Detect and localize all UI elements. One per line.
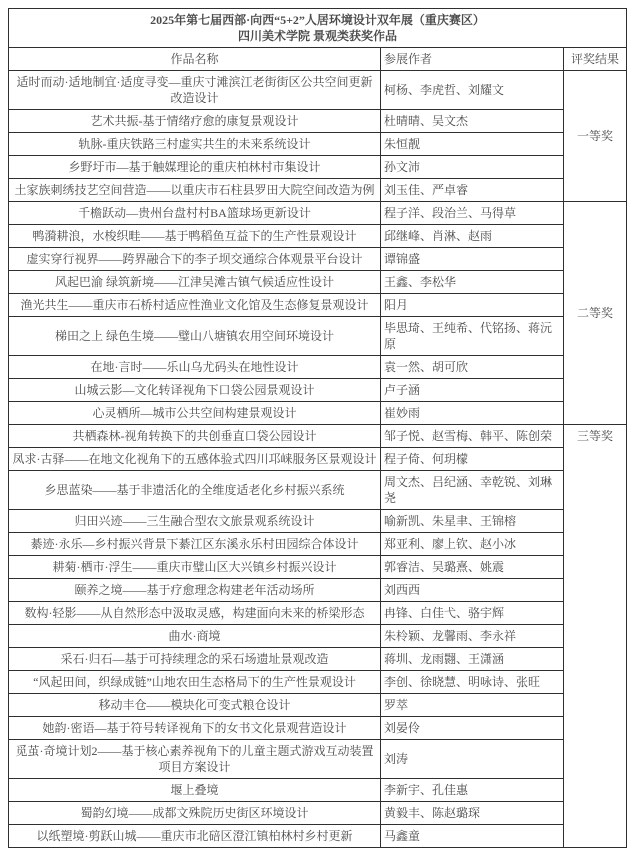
award-cell: 三等奖: [564, 425, 627, 848]
table-row: 綦迹·永乐—乡村振兴背景下綦江区东溪永乐村田园综合体设计郑亚利、廖上钦、赵小冰: [9, 533, 627, 556]
table-row: 轨脉-重庆铁路三村虚实共生的未来系统设计朱恒靓: [9, 133, 627, 156]
awards-table-body: 适时而动·适地制宜·适度寻变—重庆寸滩滨江老街街区公共空间更新改造设计柯杨、李虎…: [9, 71, 627, 848]
work-title-cell: 觅茧·奇境计划2——基于核心素养视角下的儿童主题式游戏互动装置项目方案设计: [9, 740, 381, 779]
table-row: 数构·轻影——从自然形态中汲取灵感，构建面向未来的桥梁形态冉锋、白佳弋、骆宇辉: [9, 602, 627, 625]
authors-cell: 刘涛: [381, 740, 564, 779]
work-title-cell: 山城云影—文化转译视角下口袋公园景观设计: [9, 379, 381, 402]
work-title-cell: 适时而动·适地制宜·适度寻变—重庆寸滩滨江老街街区公共空间更新改造设计: [9, 71, 381, 110]
work-title-cell: 轨脉-重庆铁路三村虚实共生的未来系统设计: [9, 133, 381, 156]
table-row: 艺术共振-基于情绪疗愈的康复景观设计杜晴晴、吴文杰: [9, 110, 627, 133]
work-title-cell: 共栖森林-视角转换下的共创垂直口袋公园设计: [9, 425, 381, 448]
authors-cell: 冉锋、白佳弋、骆宇辉: [381, 602, 564, 625]
authors-cell: 程子洋、段治兰、马得草: [381, 202, 564, 225]
authors-cell: 刘晏伶: [381, 717, 564, 740]
authors-cell: 谭锦盛: [381, 248, 564, 271]
authors-cell: 毕思琦、王纯希、代铭扬、蒋沅原: [381, 317, 564, 356]
table-row: 在地·言时——乐山乌尤码头在地性设计袁一然、胡可欣: [9, 356, 627, 379]
table-row: 归田兴迹——三生融合型农文旅景观系统设计喻新凯、朱星聿、王锦榕: [9, 510, 627, 533]
work-title-cell: 颐养之境——基于疗愈理念构建老年活动场所: [9, 579, 381, 602]
column-header-work: 作品名称: [9, 48, 381, 71]
header-row: 作品名称 参展作者 评奖结果: [9, 48, 627, 71]
work-title-cell: 土家族刺绣技艺空间营造——以重庆市石柱县罗田大院空间改造为例: [9, 179, 381, 202]
work-title-cell: 凤求·古驿——在地文化视角下的五感体验式四川邛崃服务区景观设计: [9, 448, 381, 471]
table-row: 梯田之上 绿色生境——璧山八塘镇农用空间环境设计毕思琦、王纯希、代铭扬、蒋沅原: [9, 317, 627, 356]
authors-cell: 刘玉佳、严卓睿: [381, 179, 564, 202]
authors-cell: 邹子悦、赵雪梅、韩平、陈创荣: [381, 425, 564, 448]
column-header-authors: 参展作者: [381, 48, 564, 71]
work-title-cell: 渔光共生——重庆市石桥村适应性渔业文化馆及生态修复景观设计: [9, 294, 381, 317]
work-title-cell: 虚实穿行视界——跨界融合下的李子坝交通综合体观景平台设计: [9, 248, 381, 271]
table-row: “风起田间，织绿成链”山地农田生态格局下的生产性景观设计李创、徐晓慧、明咏诗、张…: [9, 671, 627, 694]
work-title-cell: 数构·轻影——从自然形态中汲取灵感，构建面向未来的桥梁形态: [9, 602, 381, 625]
work-title-cell: 心灵栖所—城市公共空间构建景观设计: [9, 402, 381, 425]
table-row: 虚实穿行视界——跨界融合下的李子坝交通综合体观景平台设计谭锦盛: [9, 248, 627, 271]
table-row: 耕菊·栖市·浮生——重庆市璧山区大兴镇乡村振兴设计郭睿洁、吴璐熹、姚震: [9, 556, 627, 579]
authors-cell: 周文杰、吕纪涵、幸乾锐、刘琳尧: [381, 471, 564, 510]
table-row: 山城云影—文化转译视角下口袋公园景观设计卢子涵: [9, 379, 627, 402]
authors-cell: 李新宇、孔佳惠: [381, 779, 564, 802]
authors-cell: 孙文沛: [381, 156, 564, 179]
table-row: 共栖森林-视角转换下的共创垂直口袋公园设计邹子悦、赵雪梅、韩平、陈创荣三等奖: [9, 425, 627, 448]
authors-cell: 程子倚、何玥檬: [381, 448, 564, 471]
title-line-2: 四川美术学院 景观类获奖作品: [12, 28, 623, 44]
authors-cell: 朱恒靓: [381, 133, 564, 156]
column-header-award: 评奖结果: [564, 48, 627, 71]
work-title-cell: 风起巴渝 绿筑新境——江津吴滩古镇气候适应性设计: [9, 271, 381, 294]
work-title-cell: 归田兴迹——三生融合型农文旅景观系统设计: [9, 510, 381, 533]
table-row: 鸭漪耕浪，水梭织畦——基于鸭稻鱼互益下的生产性景观设计邱继峰、肖淋、赵雨: [9, 225, 627, 248]
work-title-cell: 乡野圩市—基于触媒理论的重庆柏林村市集设计: [9, 156, 381, 179]
work-title-cell: 艺术共振-基于情绪疗愈的康复景观设计: [9, 110, 381, 133]
table-row: 心灵栖所—城市公共空间构建景观设计崔妙雨: [9, 402, 627, 425]
authors-cell: 刘西西: [381, 579, 564, 602]
authors-cell: 阳月: [381, 294, 564, 317]
authors-cell: 蒋圳、龙雨翾、王潇涵: [381, 648, 564, 671]
table-row: 土家族刺绣技艺空间营造——以重庆市石柱县罗田大院空间改造为例刘玉佳、严卓睿: [9, 179, 627, 202]
table-row: 曲水·商境朱柃颖、龙馨雨、李永祥: [9, 625, 627, 648]
table-row: 觅茧·奇境计划2——基于核心素养视角下的儿童主题式游戏互动装置项目方案设计刘涛: [9, 740, 627, 779]
award-cell: 一等奖: [564, 71, 627, 202]
work-title-cell: 采石·归石—基于可持续理念的采石场遗址景观改造: [9, 648, 381, 671]
work-title-cell: 千檐跃动—贵州台盘村村BA篮球场更新设计: [9, 202, 381, 225]
authors-cell: 王鑫、李松华: [381, 271, 564, 294]
work-title-cell: 綦迹·永乐—乡村振兴背景下綦江区东溪永乐村田园综合体设计: [9, 533, 381, 556]
authors-cell: 郑亚利、廖上钦、赵小冰: [381, 533, 564, 556]
work-title-cell: 堰上叠境: [9, 779, 381, 802]
table-row: 风起巴渝 绿筑新境——江津吴滩古镇气候适应性设计王鑫、李松华: [9, 271, 627, 294]
work-title-cell: 梯田之上 绿色生境——璧山八塘镇农用空间环境设计: [9, 317, 381, 356]
awards-table: 2025年第七届西部·向西“5+2”人居环境设计双年展（重庆赛区） 四川美术学院…: [8, 8, 627, 848]
table-row: 渔光共生——重庆市石桥村适应性渔业文化馆及生态修复景观设计阳月: [9, 294, 627, 317]
authors-cell: 罗萃: [381, 694, 564, 717]
table-row: 凤求·古驿——在地文化视角下的五感体验式四川邛崃服务区景观设计程子倚、何玥檬: [9, 448, 627, 471]
table-row: 千檐跃动—贵州台盘村村BA篮球场更新设计程子洋、段治兰、马得草二等奖: [9, 202, 627, 225]
work-title-cell: 以纸塑境·剪跃山城——重庆市北碚区澄江镇柏林村乡村更新: [9, 825, 381, 848]
table-row: 移动丰仓——模块化可变式粮仓设计罗萃: [9, 694, 627, 717]
authors-cell: 崔妙雨: [381, 402, 564, 425]
authors-cell: 黄毅丰、陈赵璐琛: [381, 802, 564, 825]
work-title-cell: 她韵·密语—基于符号转译视角下的女书文化景观营造设计: [9, 717, 381, 740]
work-title-cell: 蜀韵幻境——成都文殊院历史街区环境设计: [9, 802, 381, 825]
authors-cell: 朱柃颖、龙馨雨、李永祥: [381, 625, 564, 648]
work-title-cell: 耕菊·栖市·浮生——重庆市璧山区大兴镇乡村振兴设计: [9, 556, 381, 579]
authors-cell: 邱继峰、肖淋、赵雨: [381, 225, 564, 248]
title-line-1: 2025年第七届西部·向西“5+2”人居环境设计双年展（重庆赛区）: [12, 12, 623, 28]
document-title: 2025年第七届西部·向西“5+2”人居环境设计双年展（重庆赛区） 四川美术学院…: [9, 9, 627, 48]
work-title-cell: 移动丰仓——模块化可变式粮仓设计: [9, 694, 381, 717]
table-row: 颐养之境——基于疗愈理念构建老年活动场所刘西西: [9, 579, 627, 602]
table-row: 堰上叠境李新宇、孔佳惠: [9, 779, 627, 802]
authors-cell: 喻新凯、朱星聿、王锦榕: [381, 510, 564, 533]
table-row: 适时而动·适地制宜·适度寻变—重庆寸滩滨江老街街区公共空间更新改造设计柯杨、李虎…: [9, 71, 627, 110]
authors-cell: 马鑫童: [381, 825, 564, 848]
document-page: 2025年第七届西部·向西“5+2”人居环境设计双年展（重庆赛区） 四川美术学院…: [0, 0, 634, 835]
work-title-cell: “风起田间，织绿成链”山地农田生态格局下的生产性景观设计: [9, 671, 381, 694]
work-title-cell: 曲水·商境: [9, 625, 381, 648]
authors-cell: 杜晴晴、吴文杰: [381, 110, 564, 133]
authors-cell: 袁一然、胡可欣: [381, 356, 564, 379]
table-row: 蜀韵幻境——成都文殊院历史街区环境设计黄毅丰、陈赵璐琛: [9, 802, 627, 825]
table-row: 以纸塑境·剪跃山城——重庆市北碚区澄江镇柏林村乡村更新马鑫童: [9, 825, 627, 848]
work-title-cell: 在地·言时——乐山乌尤码头在地性设计: [9, 356, 381, 379]
authors-cell: 郭睿洁、吴璐熹、姚震: [381, 556, 564, 579]
authors-cell: 柯杨、李虎哲、刘耀文: [381, 71, 564, 110]
authors-cell: 卢子涵: [381, 379, 564, 402]
table-row: 采石·归石—基于可持续理念的采石场遗址景观改造蒋圳、龙雨翾、王潇涵: [9, 648, 627, 671]
table-row: 乡野圩市—基于触媒理论的重庆柏林村市集设计孙文沛: [9, 156, 627, 179]
title-row: 2025年第七届西部·向西“5+2”人居环境设计双年展（重庆赛区） 四川美术学院…: [9, 9, 627, 48]
table-row: 她韵·密语—基于符号转译视角下的女书文化景观营造设计刘晏伶: [9, 717, 627, 740]
award-cell: 二等奖: [564, 202, 627, 425]
authors-cell: 李创、徐晓慧、明咏诗、张旺: [381, 671, 564, 694]
work-title-cell: 鸭漪耕浪，水梭织畦——基于鸭稻鱼互益下的生产性景观设计: [9, 225, 381, 248]
table-row: 乡思蓝染——基于非遗活化的全维度适老化乡村振兴系统周文杰、吕纪涵、幸乾锐、刘琳尧: [9, 471, 627, 510]
work-title-cell: 乡思蓝染——基于非遗活化的全维度适老化乡村振兴系统: [9, 471, 381, 510]
